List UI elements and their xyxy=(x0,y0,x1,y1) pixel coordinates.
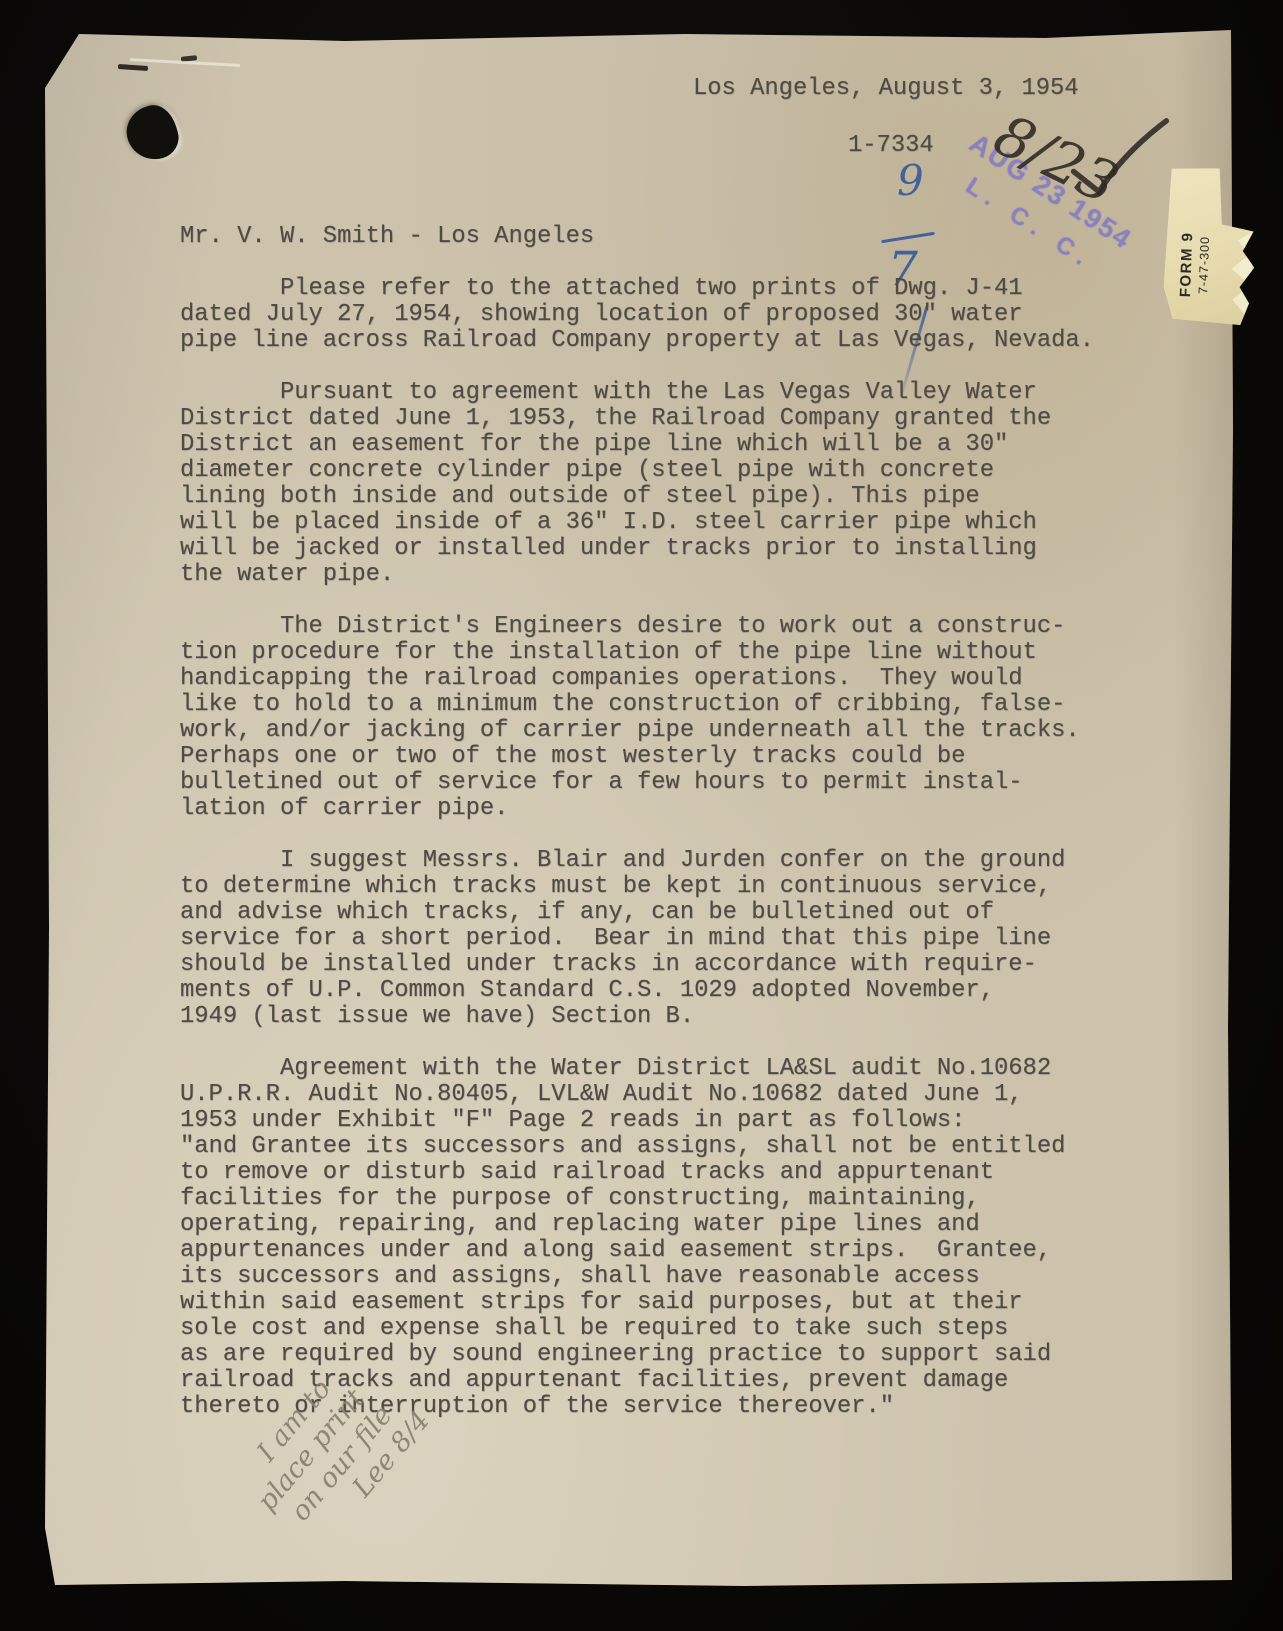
form-tab: FORM 9 7-47-300 xyxy=(1160,166,1257,325)
torn-edge xyxy=(1216,226,1253,323)
punch-hole xyxy=(121,100,184,166)
scanned-letter-scene: Los Angeles, August 3, 1954 1-7334 AUG 2… xyxy=(0,0,1283,1631)
staple-mark xyxy=(118,64,148,71)
checkmark-icon xyxy=(1060,112,1186,210)
letter-paper: Los Angeles, August 3, 1954 1-7334 AUG 2… xyxy=(45,28,1233,1588)
blue-fraction-numerator: 9 xyxy=(897,156,924,205)
letter-body: Mr. V. W. Smith - Los Angeles Please ref… xyxy=(180,224,1094,1420)
form-tab-text: FORM 9 7-47-300 xyxy=(1176,189,1216,340)
dateline: Los Angeles, August 3, 1954 xyxy=(693,75,1079,102)
